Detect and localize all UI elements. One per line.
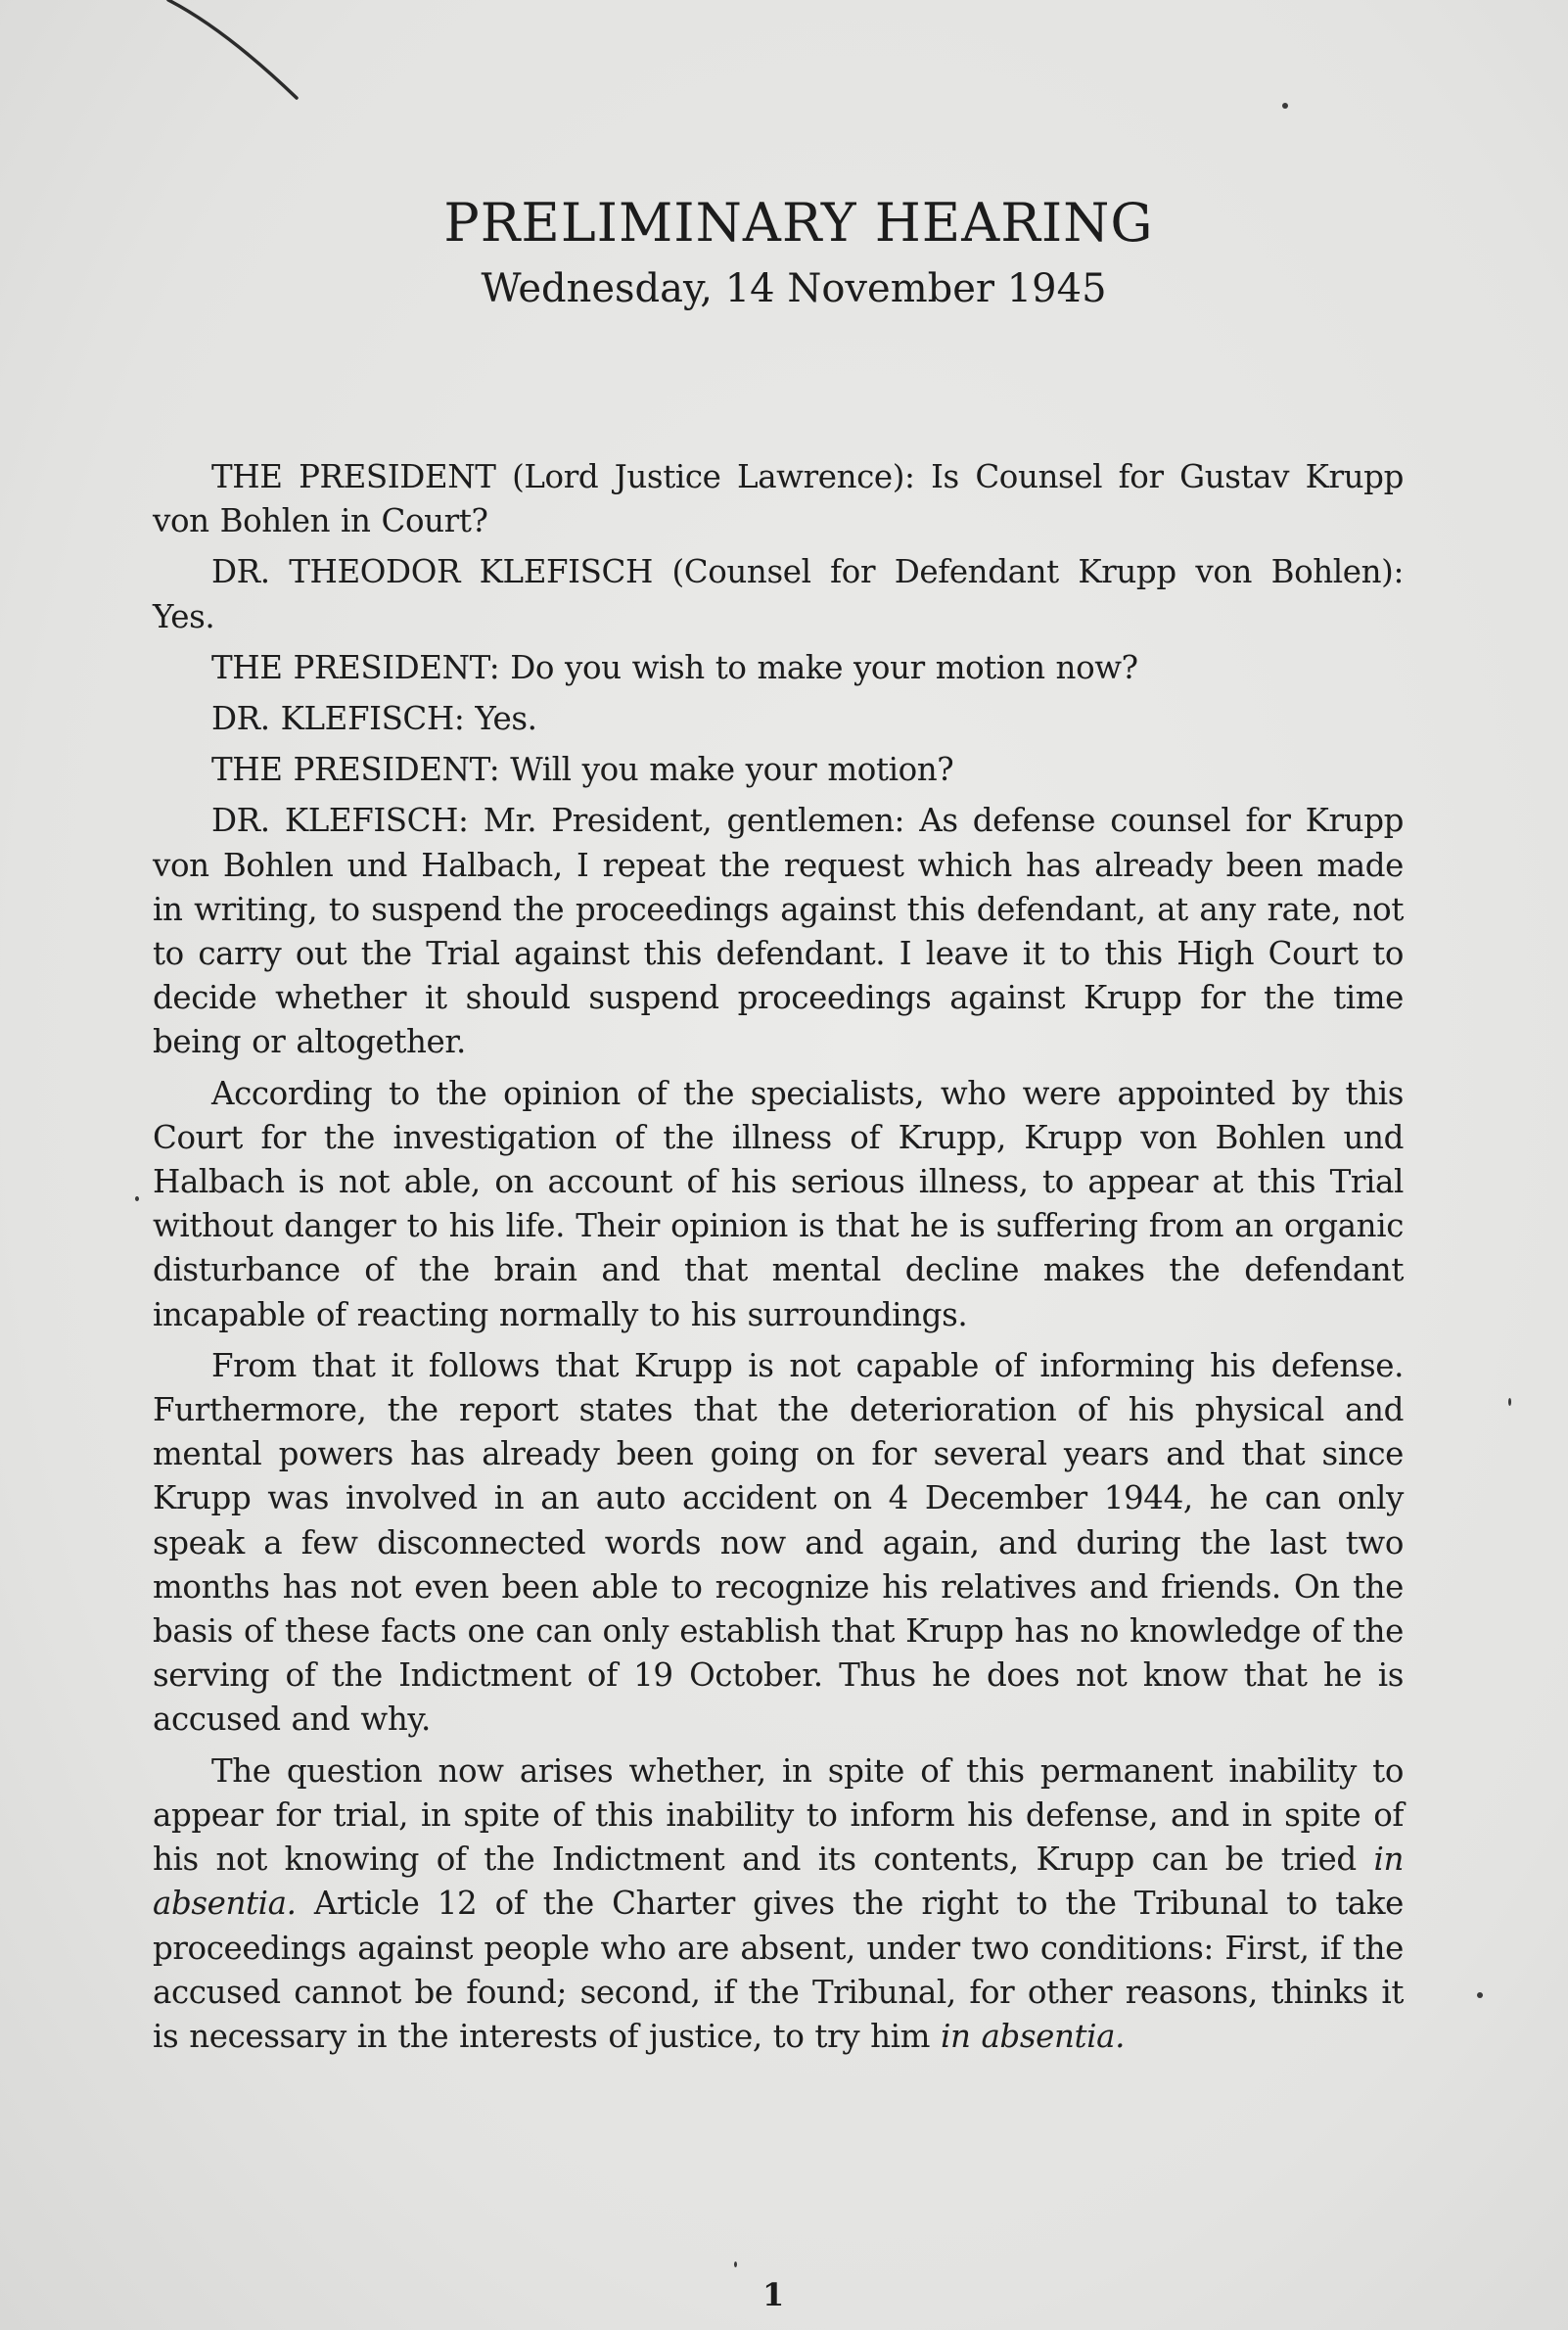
transcript-body: THE PRESIDENT (Lord Justice Lawrence): I… [153,455,1404,2061]
paragraph: According to the opinion of the speciali… [153,1072,1404,1337]
paragraph-text: The question now arises whether, in spit… [153,1752,1404,1878]
paragraph: DR. KLEFISCH: Yes. [153,697,1404,741]
latin-term: in absentia. [941,2018,1125,2055]
page-title: PRELIMINARY HEARING [0,192,1568,254]
paragraph-text: Article 12 of the Charter gives the righ… [153,1885,1404,2055]
ink-speck [1508,1398,1511,1406]
hearing-date: Wednesday, 14 November 1945 [0,266,1568,311]
paragraph: DR. KLEFISCH: Mr. President, gentlemen: … [153,799,1404,1064]
paragraph: THE PRESIDENT: Do you wish to make your … [153,646,1404,690]
ink-speck [1282,103,1288,109]
paragraph: The question now arises whether, in spit… [153,1749,1404,2059]
document-page: PRELIMINARY HEARING Wednesday, 14 Novemb… [0,0,1568,2330]
ink-speck [734,2261,737,2267]
pen-stroke-mark [166,0,303,108]
ink-speck [135,1196,139,1201]
ink-speck [1477,1992,1483,1998]
page-number: 1 [762,2276,784,2313]
paragraph: THE PRESIDENT: Will you make your motion… [153,748,1404,792]
paragraph: DR. THEODOR KLEFISCH (Counsel for Defend… [153,550,1404,638]
paragraph: THE PRESIDENT (Lord Justice Lawrence): I… [153,455,1404,543]
paragraph: From that it follows that Krupp is not c… [153,1344,1404,1743]
